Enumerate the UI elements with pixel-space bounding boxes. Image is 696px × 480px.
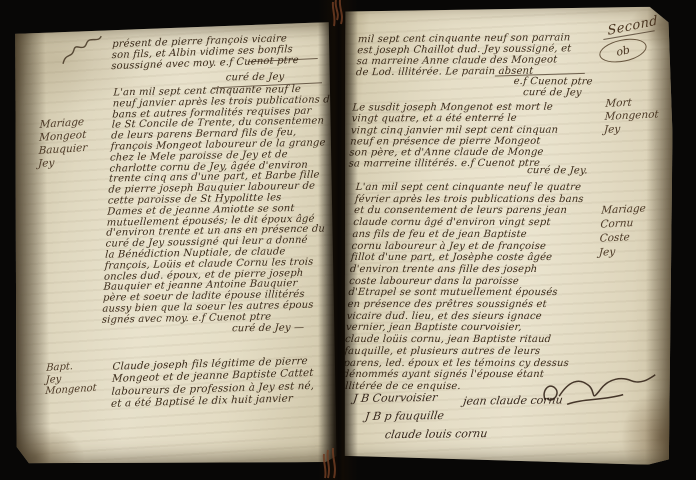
margin-note-baptism-mongenot: Bapt.JeyMongenot	[45, 360, 98, 398]
ink-scribble	[53, 29, 111, 70]
left-page-edge-shadow	[11, 26, 50, 466]
left-page: présent de pierre françois vicaireson fi…	[11, 22, 336, 466]
left-record-3: Claude joseph fils légitime de pierreMon…	[111, 354, 337, 410]
right-record-1-closing: e.f Cuenot ptrecuré de Jey	[472, 76, 634, 99]
right-record-2: Le susdit joseph Mongenot est mort levin…	[348, 101, 647, 170]
signature-courvoisier: J B Courvoisier	[352, 391, 438, 405]
left-record-2-closing: curé de Jey —	[193, 323, 337, 336]
right-record-1: mil sept cent cinquante neuf son parrain…	[356, 32, 647, 79]
left-record-1: présent de pierre françois vicaireson fi…	[111, 33, 334, 73]
manuscript-scan: { "palette": { "background": "#080706", …	[0, 0, 696, 480]
signature-flourish	[539, 370, 659, 413]
right-page: Second ob mil sept cent cinquante neuf s…	[343, 5, 673, 465]
left-record-2: L'an mil sept cent cinquante neuf leneuf…	[102, 84, 337, 326]
right-record-3: L'an mil sept cent cinquante neuf le qua…	[343, 182, 654, 393]
margin-note-marriage-mongeot: MariageMongeotBauquierJey	[38, 116, 89, 171]
binding-thread-bottom	[316, 448, 346, 480]
right-record-2-closing: curé de Jey.	[482, 166, 633, 178]
signature-fauquille: J B p fauquille	[364, 409, 445, 423]
binding-thread-top	[326, 0, 350, 32]
signature-claude-louis-cornu: claude louis cornu	[384, 427, 488, 441]
